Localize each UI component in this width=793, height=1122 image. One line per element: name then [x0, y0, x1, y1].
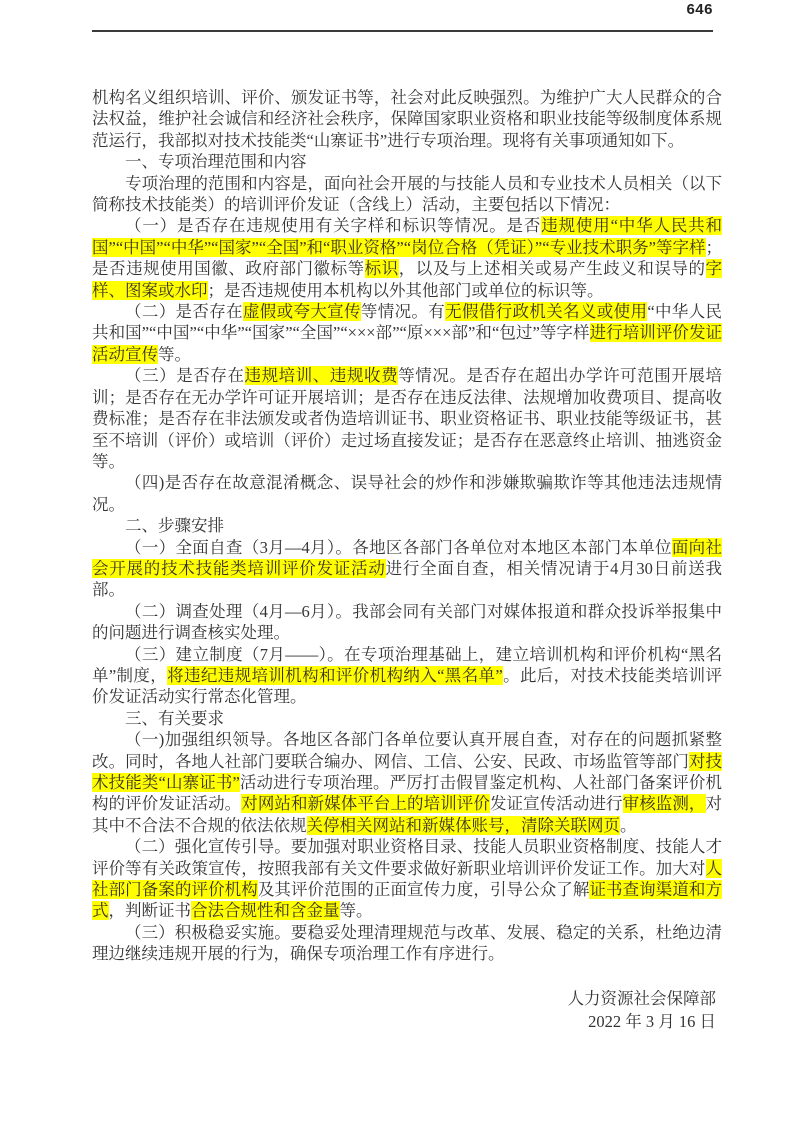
- paragraph: （一）是否存在违规使用有关字样和标识等情况。是否违规使用“中华人民共和国”“中国…: [92, 215, 722, 301]
- text-segment: 等。: [158, 345, 191, 364]
- text-segment: ，以及与上述相关或易产生歧义和误导的: [399, 259, 706, 278]
- text-segment: （三）是否存在: [125, 366, 245, 385]
- highlighted-segment: 对网站和新媒体平台上的培训评价: [241, 794, 490, 813]
- highlighted-segment: 标识: [365, 259, 399, 278]
- paragraph: 三、有关要求: [92, 708, 722, 729]
- highlighted-segment: 合法合规性和含金量: [191, 901, 340, 920]
- text-segment: 机构名义组织培训、评价、颁发证书等，社会对此反映强烈。为维护广大人民群众的合法权…: [92, 88, 722, 150]
- paragraph: （三）积极稳妥实施。要稳妥处理清理规范与改革、发展、稳定的关系，杜绝边清理边继续…: [92, 922, 722, 965]
- text-segment: 及其评价范围的正面宣传力度，引导公众了解: [258, 880, 590, 899]
- paragraph: （二）强化宣传引导。要加强对职业资格目录、技能人员职业资格制度、技能人才评价等有…: [92, 836, 722, 922]
- page-number: 646: [686, 1, 713, 18]
- document-page: 646 机构名义组织培训、评价、颁发证书等，社会对此反映强烈。为维护广大人民群众…: [0, 0, 793, 1122]
- highlighted-segment: 关停相关网站和新媒体账号，清除关联网页: [307, 816, 621, 835]
- highlighted-segment: 虚假或夸大宣传: [243, 302, 361, 321]
- header-rule: [92, 30, 713, 32]
- paragraph: 机构名义组织培训、评价、颁发证书等，社会对此反映强烈。为维护广大人民群众的合法权…: [92, 87, 722, 151]
- text-segment: （三）积极稳妥实施。要稳妥处理清理规范与改革、发展、稳定的关系，杜绝边清理边继续…: [92, 923, 722, 963]
- highlighted-segment: 无假借行政机关名义或使用: [445, 302, 647, 321]
- paragraph: （三）是否存在违规培训、违规收费等情况。是否存在超出办学许可范围开展培训；是否存…: [92, 365, 722, 472]
- text-segment: ，判断证书: [109, 901, 192, 920]
- text-segment: 二、步骤安排: [125, 516, 224, 535]
- text-segment: ；是否违规使用本机构以外其他部门或单位的标识等。: [208, 281, 604, 300]
- text-segment: 等情况。有: [361, 302, 445, 321]
- text-segment: （四)是否存在故意混淆概念、误导社会的炒作和涉嫌欺骗欺诈等其他违法违规情况。: [92, 473, 722, 513]
- highlighted-segment: 将违纪违规培训机构和评价机构纳入“黑名单”: [167, 666, 503, 685]
- paragraph: （二）是否存在虚假或夸大宣传等情况。有无假借行政机关名义或使用“中华人民共和国”…: [92, 301, 722, 365]
- paragraph: （二）调查处理（4月—6月）。我部会同有关部门对媒体报道和群众投诉举报集中的问题…: [92, 601, 722, 644]
- paragraph: 专项治理的范围和内容是，面向社会开展的与技能人员和专业技术人员相关（以下简称技术…: [92, 173, 722, 216]
- paragraph: （四)是否存在故意混淆概念、误导社会的炒作和涉嫌欺骗欺诈等其他违法违规情况。: [92, 472, 722, 515]
- signature-block: 人力资源社会保障部2022 年 3 月 16 日: [92, 987, 722, 1033]
- paragraph: （三）建立制度（7月——）。在专项治理基础上，建立培训机构和评价机构“黑名单”制…: [92, 644, 722, 708]
- signature-date: 2022 年 3 月 16 日: [92, 1010, 716, 1033]
- text-segment: （一）是否存在违规使用有关字样和标识等情况。是否: [125, 216, 541, 235]
- text-segment: 。: [620, 816, 637, 835]
- signature-org: 人力资源社会保障部: [92, 987, 716, 1010]
- text-segment: 专项治理的范围和内容是，面向社会开展的与技能人员和专业技术人员相关（以下简称技术…: [92, 174, 722, 214]
- text-segment: （二）是否存在: [125, 302, 243, 321]
- paragraph: （一)加强组织领导。各地区各部门各单位要认真开展自查，对存在的问题抓紧整改。同时…: [92, 729, 722, 836]
- text-segment: 三、有关要求: [125, 709, 224, 728]
- text-segment: 等。: [340, 901, 373, 920]
- text-segment: （二）强化宣传引导。要加强对职业资格目录、技能人员职业资格制度、技能人才评价等有…: [92, 837, 722, 877]
- highlighted-segment: 审核监测，: [623, 794, 706, 813]
- paragraph: 二、步骤安排: [92, 515, 722, 536]
- document-body: 机构名义组织培训、评价、颁发证书等，社会对此反映强烈。为维护广大人民群众的合法权…: [92, 87, 722, 1033]
- text-segment: 发证宣传活动进行: [490, 794, 623, 813]
- text-segment: 一、专项治理范围和内容: [125, 152, 307, 171]
- text-segment: （二）调查处理（4月—6月）。我部会同有关部门对媒体报道和群众投诉举报集中的问题…: [92, 602, 722, 642]
- paragraph: （一）全面自查（3月—4月）。各地区各部门各单位对本地区本部门本单位面向社会开展…: [92, 537, 722, 601]
- text-segment: （一)加强组织领导。各地区各部门各单位要认真开展自查，对存在的问题抓紧整改。同时…: [92, 730, 722, 770]
- highlighted-segment: 违规培训、违规收费: [245, 366, 399, 385]
- text-segment: （一）全面自查（3月—4月）。各地区各部门各单位对本地区本部门本单位: [125, 538, 672, 557]
- paragraph: 一、专项治理范围和内容: [92, 151, 722, 172]
